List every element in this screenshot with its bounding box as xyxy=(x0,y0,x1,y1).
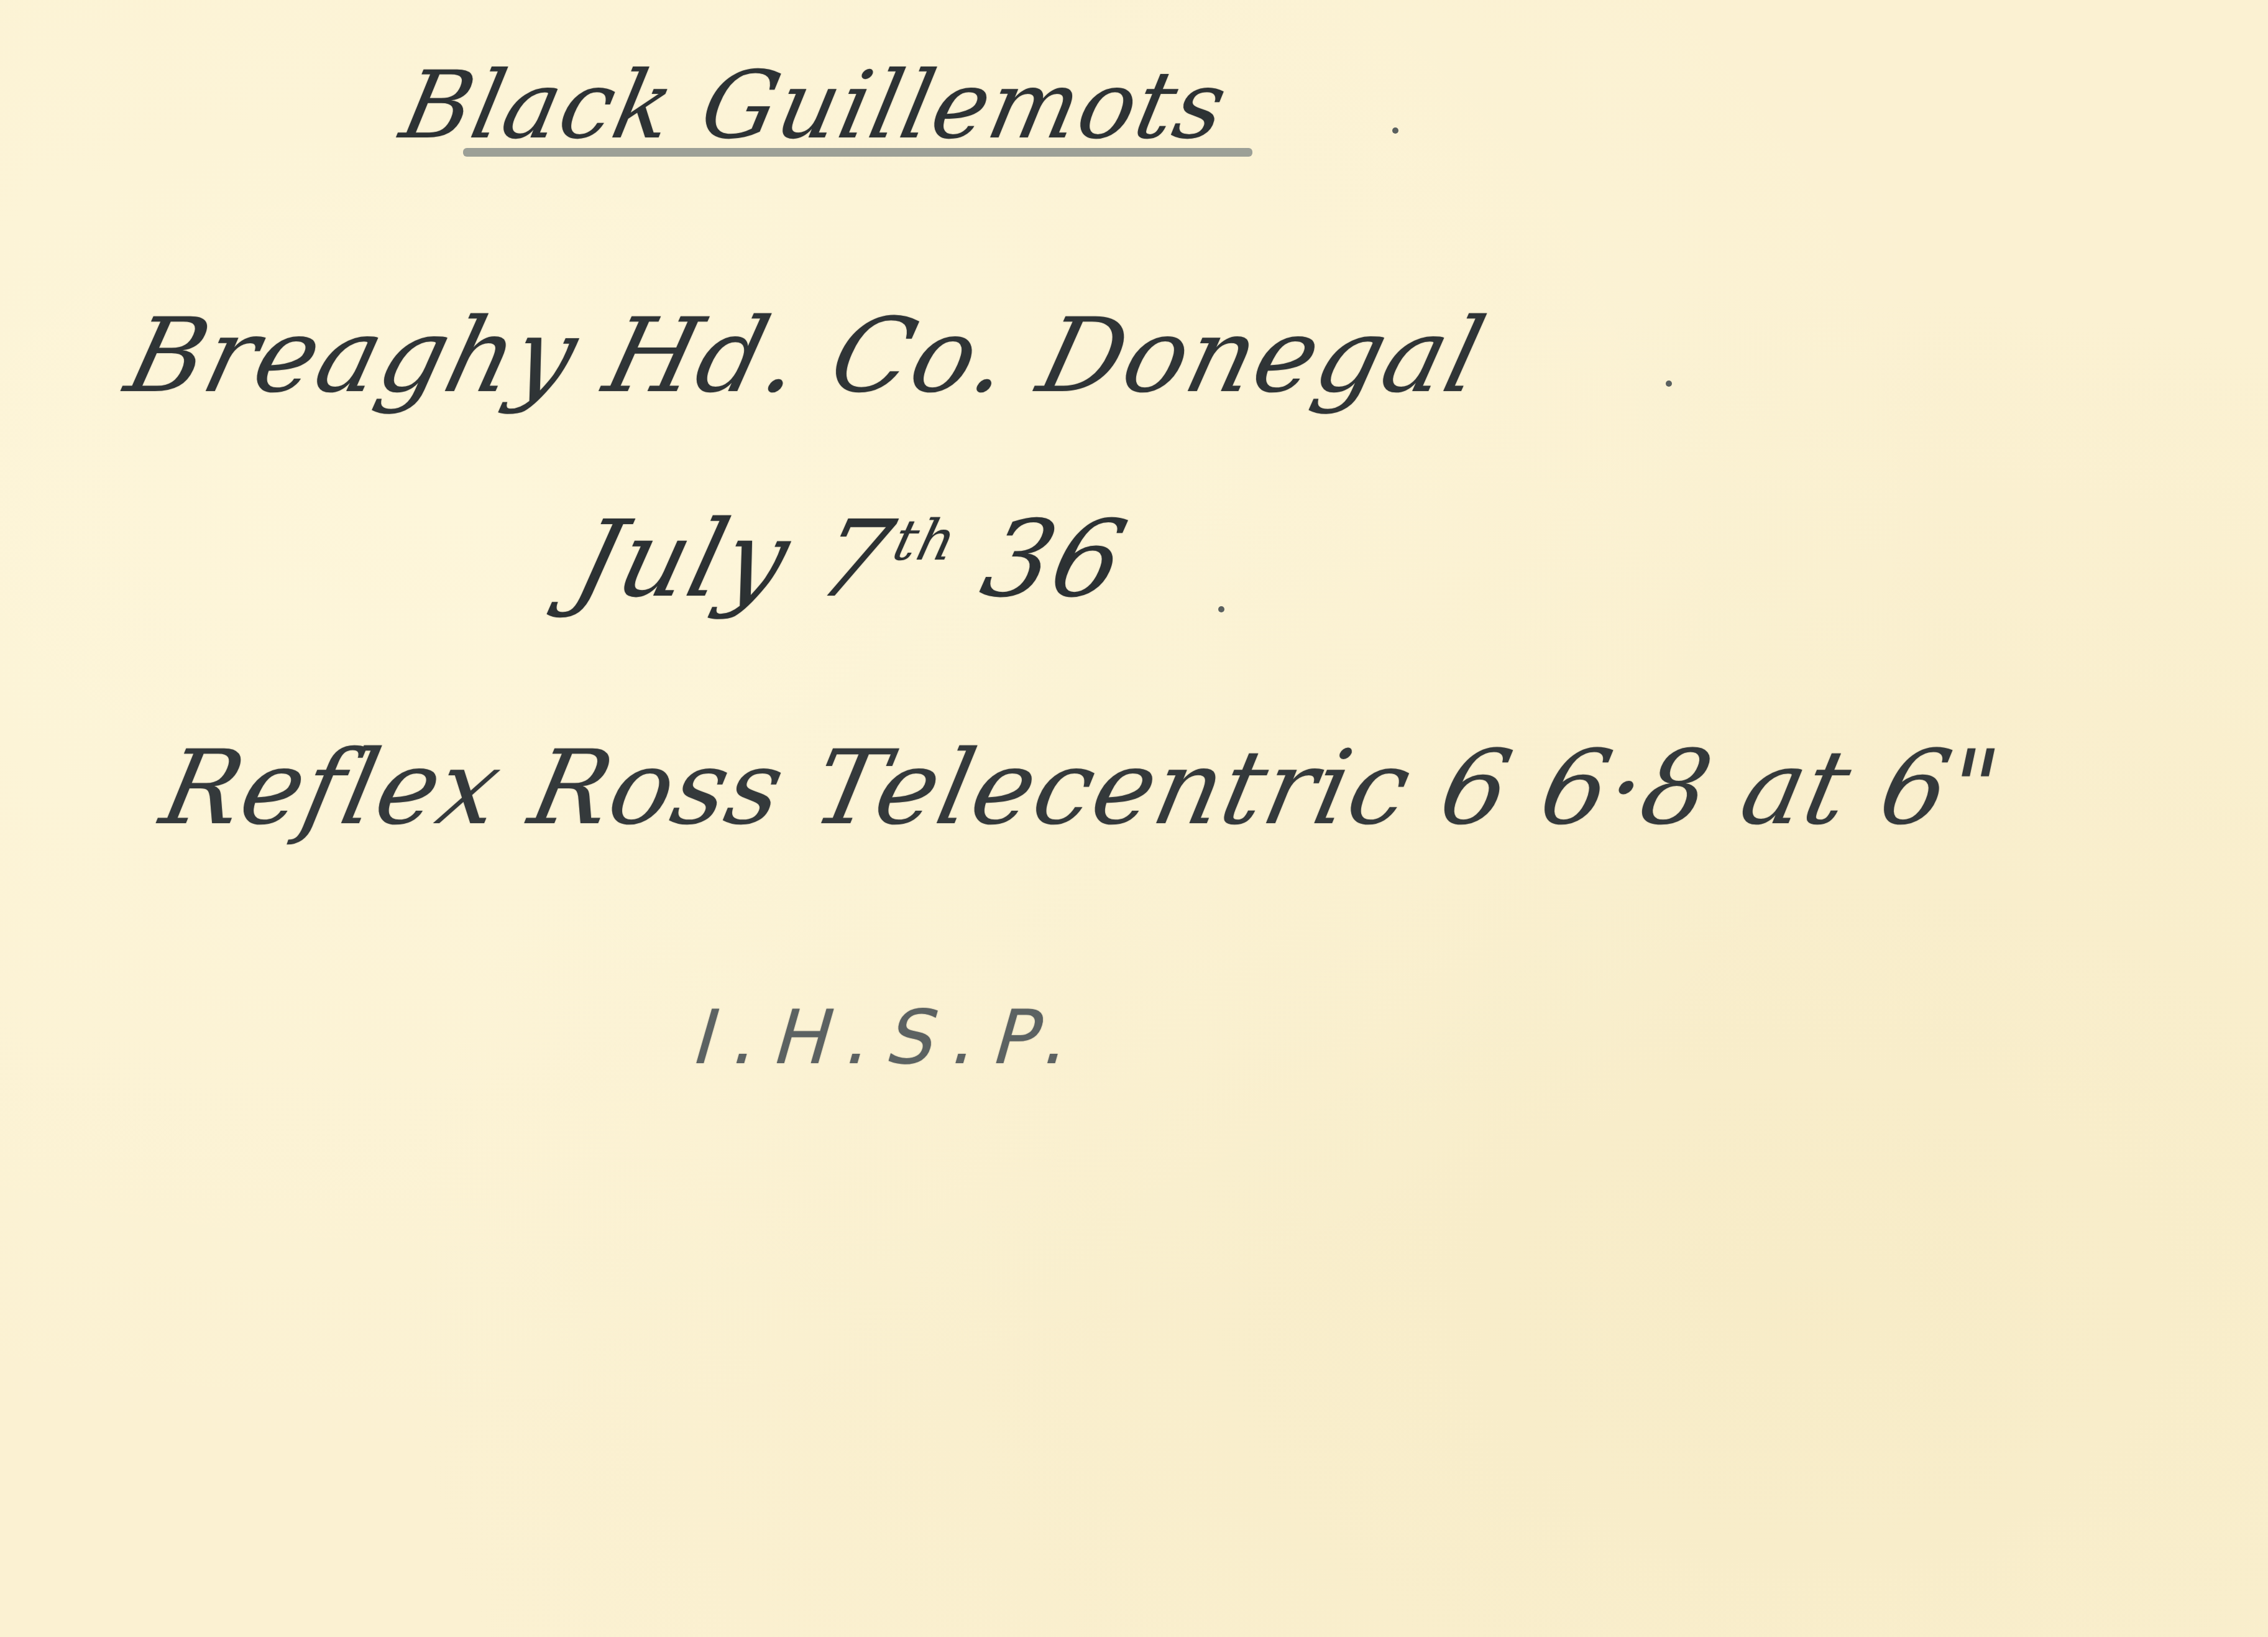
location-trailing-dot xyxy=(1666,380,1672,387)
date-day: July 7 xyxy=(562,498,906,621)
date-trailing-dot xyxy=(1218,606,1224,612)
label-card: Black Guillemots Breaghy Hd. Co. Donegal… xyxy=(0,0,2268,1637)
camera-details-text: Reflex Ross Telecentric 6 6·8 at 6" xyxy=(154,737,2008,839)
location-text: Breaghy Hd. Co. Donegal xyxy=(117,305,1494,407)
date-year: 36 xyxy=(971,498,1139,621)
title-underline xyxy=(463,148,1252,157)
photographer-initials: I.H.S.P. xyxy=(686,1001,1098,1076)
title-trailing-dot xyxy=(1392,127,1398,134)
date-text: July 7th 36 xyxy=(565,507,1136,612)
title-species: Black Guillemots xyxy=(394,59,1235,152)
